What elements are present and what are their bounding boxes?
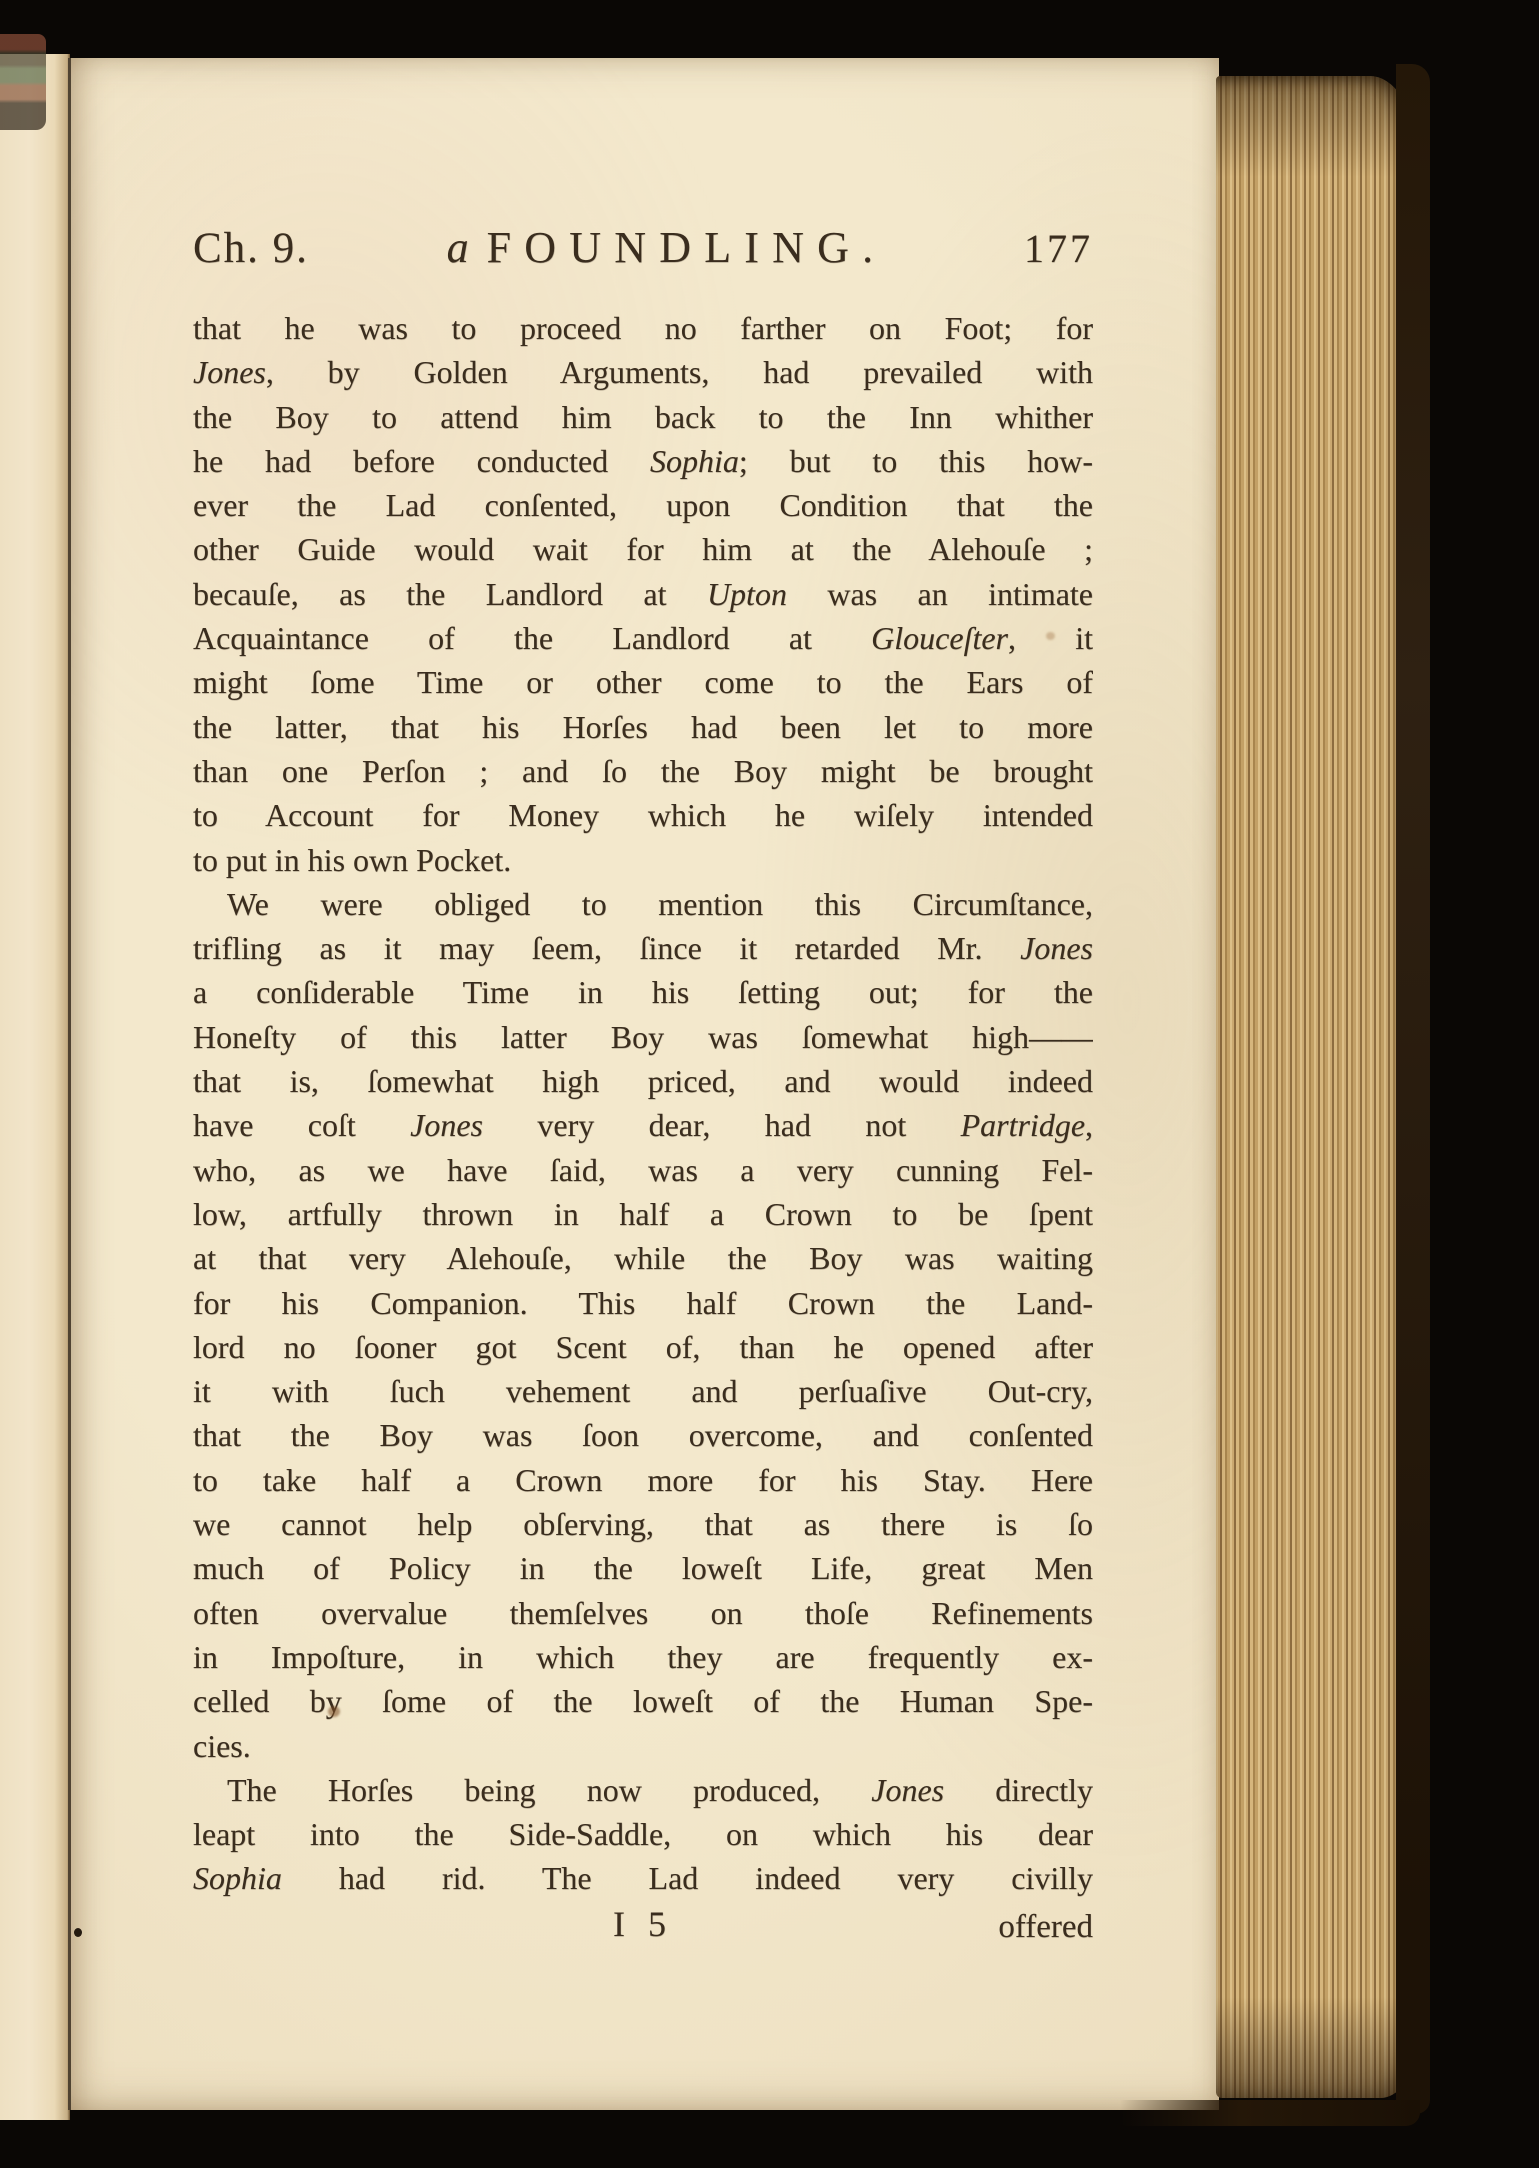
text-segment: very dear, had not	[483, 1107, 961, 1143]
text-segment: that is, ſomewhat high priced, and would…	[193, 1063, 1093, 1099]
text-line: it with ſuch vehement and perſuaſive Out…	[193, 1369, 1093, 1413]
text-segment: have coſt	[193, 1107, 410, 1143]
text-line: at that very Alehouſe, while the Boy was…	[193, 1236, 1093, 1280]
text-line: have coſt Jones very dear, had not Partr…	[193, 1103, 1093, 1147]
text-segment: the latter, that his Horſes had been let…	[193, 709, 1093, 745]
text-segment: ; but to this how-	[739, 443, 1093, 479]
text-line: cies.	[193, 1724, 1093, 1768]
text-line: leapt into the Side-Saddle, on which his…	[193, 1812, 1093, 1856]
chapter-label: Ch. 9.	[193, 224, 309, 273]
text-segment: much of Policy in the loweſt Life, great…	[193, 1550, 1093, 1586]
fore-edge-pages	[1216, 76, 1414, 2098]
text-segment: other Guide would wait for him at the Al…	[193, 531, 1093, 567]
text-segment: was an intimate	[787, 576, 1093, 612]
text-line: the latter, that his Horſes had been let…	[193, 705, 1093, 749]
text-line: low, artfully thrown in half a Crown to …	[193, 1192, 1093, 1236]
text-segment: Jones	[193, 354, 266, 390]
text-segment: at that very Alehouſe, while the Boy was…	[193, 1240, 1093, 1276]
text-line: ever the Lad conſented, upon Condition t…	[193, 483, 1093, 527]
cover-board-bottom-edge	[1120, 2100, 1420, 2126]
text-segment: than one Perſon ; and ſo the Boy might b…	[193, 753, 1093, 789]
gutter-page-edge	[0, 54, 70, 2120]
text-segment: often overvalue themſelves on thoſe Refi…	[193, 1595, 1093, 1631]
book-page: Ch. 9. aFOUNDLING. 177 that he was to pr…	[68, 58, 1219, 2110]
text-segment: might ſome Time or other come to the Ear…	[193, 664, 1093, 700]
text-line: Jones, by Golden Arguments, had prevaile…	[193, 350, 1093, 394]
text-segment: Jones	[871, 1772, 944, 1808]
running-title: aFOUNDLING.	[447, 222, 887, 273]
text-line: becauſe, as the Landlord at Upton was an…	[193, 572, 1093, 616]
text-line: other Guide would wait for him at the Al…	[193, 527, 1093, 571]
text-segment: Jones	[1020, 930, 1093, 966]
book-photo: Ch. 9. aFOUNDLING. 177 that he was to pr…	[0, 0, 1539, 2168]
text-line: Sophia had rid. The Lad indeed very civi…	[193, 1856, 1093, 1900]
text-segment: trifling as it may ſeem, ſince it retard…	[193, 930, 1020, 966]
page-number: 177	[1024, 225, 1093, 272]
text-line: The Horſes being now produced, Jones dir…	[193, 1768, 1093, 1812]
text-segment: we cannot help obſerving, that as there …	[193, 1506, 1093, 1542]
text-segment: to take half a Crown more for his Stay. …	[193, 1462, 1093, 1498]
text-segment: leapt into the Side-Saddle, on which his…	[193, 1816, 1093, 1852]
text-line: than one Perſon ; and ſo the Boy might b…	[193, 749, 1093, 793]
catchword: offered	[998, 1909, 1093, 1946]
text-segment: Partridge	[961, 1107, 1085, 1143]
text-line: lord no ſooner got Scent of, than he ope…	[193, 1325, 1093, 1369]
signature-mark: I 5	[193, 1903, 1093, 1945]
text-line: in Impoſture, in which they are frequent…	[193, 1635, 1093, 1679]
page-edge-flecks	[0, 34, 46, 130]
page-text: that he was to proceed no farther on Foo…	[193, 306, 1093, 1901]
text-line: much of Policy in the loweſt Life, great…	[193, 1546, 1093, 1590]
text-segment: who, as we have ſaid, was a very cunning…	[193, 1152, 1093, 1188]
fox-spot	[1046, 632, 1055, 640]
text-segment: Glouceſter	[871, 620, 1008, 656]
text-line: who, as we have ſaid, was a very cunning…	[193, 1148, 1093, 1192]
text-line: to put in his own Pocket.	[193, 838, 1093, 882]
text-line: that is, ſomewhat high priced, and would…	[193, 1059, 1093, 1103]
ink-speck	[74, 1928, 82, 1937]
text-line: a conſiderable Time in his ſetting out; …	[193, 970, 1093, 1014]
page-text-block: Ch. 9. aFOUNDLING. 177 that he was to pr…	[193, 222, 1093, 1949]
text-segment: for his Companion. This half Crown the L…	[193, 1285, 1093, 1321]
page-header: Ch. 9. aFOUNDLING. 177	[193, 222, 1093, 284]
text-line: might ſome Time or other come to the Ear…	[193, 660, 1093, 704]
text-line: We were obliged to mention this Circumſt…	[193, 882, 1093, 926]
text-segment: that the Boy was ſoon overcome, and conſ…	[193, 1417, 1093, 1453]
text-line: for his Companion. This half Crown the L…	[193, 1281, 1093, 1325]
text-segment: it with ſuch vehement and perſuaſive Out…	[193, 1373, 1093, 1409]
text-segment: becauſe, as the Landlord at	[193, 576, 707, 612]
paragraph: that he was to proceed no farther on Foo…	[193, 306, 1093, 882]
text-segment: Upton	[707, 576, 787, 612]
text-segment: the Boy to attend him back to the Inn wh…	[193, 399, 1093, 435]
text-line: celled by ſome of the loweſt of the Huma…	[193, 1679, 1093, 1723]
text-segment: in Impoſture, in which they are frequent…	[193, 1639, 1093, 1675]
running-title-caps: FOUNDLING.	[487, 223, 887, 272]
text-segment: Sophia	[650, 443, 739, 479]
text-segment: low, artfully thrown in half a Crown to …	[193, 1196, 1093, 1232]
text-segment: to put in his own Pocket.	[193, 842, 511, 878]
text-line: to Account for Money which he wiſely int…	[193, 793, 1093, 837]
text-segment: lord no ſooner got Scent of, than he ope…	[193, 1329, 1093, 1365]
text-line: Acquaintance of the Landlord at Glouceſt…	[193, 616, 1093, 660]
text-segment: ,	[1085, 1107, 1093, 1143]
page-footer: I 5 offered	[193, 1903, 1093, 1949]
cover-board-edge	[1396, 64, 1430, 2114]
text-line: he had before conducted Sophia; but to t…	[193, 439, 1093, 483]
text-segment: Acquaintance of the Landlord at	[193, 620, 871, 656]
text-line: Honeſty of this latter Boy was ſomewhat …	[193, 1015, 1093, 1059]
text-segment: that he was to proceed no farther on Foo…	[193, 310, 1093, 346]
text-line: often overvalue themſelves on thoſe Refi…	[193, 1591, 1093, 1635]
text-line: that he was to proceed no farther on Foo…	[193, 306, 1093, 350]
text-segment: ever the Lad conſented, upon Condition t…	[193, 487, 1093, 523]
paragraph: The Horſes being now produced, Jones dir…	[193, 1768, 1093, 1901]
text-segment: Honeſty of this latter Boy was ſomewhat …	[193, 1019, 1093, 1055]
text-segment: directly	[944, 1772, 1093, 1808]
text-segment: We were obliged to mention this Circumſt…	[227, 886, 1093, 922]
fox-spot	[328, 1706, 340, 1717]
text-segment: cies.	[193, 1728, 251, 1764]
text-segment: to Account for Money which he wiſely int…	[193, 797, 1093, 833]
text-segment: The Horſes being now produced,	[227, 1772, 871, 1808]
text-line: that the Boy was ſoon overcome, and conſ…	[193, 1413, 1093, 1457]
text-segment: Jones	[410, 1107, 483, 1143]
text-segment: a conſiderable Time in his ſetting out; …	[193, 974, 1093, 1010]
paragraph: We were obliged to mention this Circumſt…	[193, 882, 1093, 1768]
text-line: trifling as it may ſeem, ſince it retard…	[193, 926, 1093, 970]
text-segment: , by Golden Arguments, had prevailed wit…	[266, 354, 1093, 390]
running-title-article: a	[447, 223, 469, 272]
text-segment: had rid. The Lad indeed very civilly	[282, 1860, 1093, 1896]
text-line: to take half a Crown more for his Stay. …	[193, 1458, 1093, 1502]
text-segment: Sophia	[193, 1860, 282, 1896]
text-line: the Boy to attend him back to the Inn wh…	[193, 395, 1093, 439]
text-line: we cannot help obſerving, that as there …	[193, 1502, 1093, 1546]
text-segment: he had before conducted	[193, 443, 650, 479]
